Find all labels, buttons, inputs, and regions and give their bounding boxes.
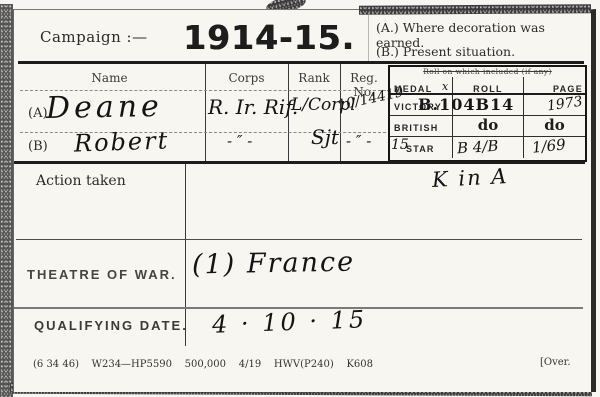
star-prefix-15: 15 [391,137,409,153]
page-cell: do [523,116,585,136]
scan-artifact-top-bar [359,4,591,15]
action-taken-label: Action taken [36,173,126,189]
campaign-title: 1914-15. [174,18,364,57]
medal-name-cell: BRITISH [390,116,452,136]
forename-entry: Robert [74,126,170,157]
roll-column-header: ROLL [473,84,503,94]
form-print-code: (6 34 46) W234—HP5590 500,000 4/19 HWV(P… [33,359,373,370]
star-roll-number: B 4/B [456,137,499,158]
page-cell: 1/69 [523,137,585,158]
theatre-of-war-label: THEATRE OF WAR. [27,267,177,282]
medal-roll-table: Roll on which included (if any) MEDAL x … [388,65,587,162]
medal-roll-header-row: MEDAL x ROLL PAGE [390,77,585,95]
note-present-situation: (B.) Present situation. [376,44,515,59]
page-column-header-cell: PAGE [523,77,585,93]
medal-index-card: Campaign :— 1914-15. (A.) Where decorati… [13,9,596,392]
roll-column-header-cell: ROLL [452,77,523,93]
theatre-of-war-entry: (1) France [192,247,356,281]
rule-action-bottom [16,239,582,240]
medal-column-header-cell: MEDAL x [390,77,452,93]
victory-roll-number: B.104B14 [418,95,514,114]
action-taken-entry: K in A [431,164,509,192]
medal-header-handwritten-mark: x [442,80,448,93]
column-header-corps: Corps [205,71,288,85]
column-divider-name-corps [205,64,206,161]
over-note: [Over. [540,357,571,368]
roll-cell: do [452,116,523,136]
column-header-rank: Rank [288,71,340,85]
campaign-label: Campaign :— [40,28,148,46]
column-header-name: Name [14,71,205,85]
rank-entry-b: Sjt [311,125,339,149]
corps-entry: R. Ir. Rif. [208,95,298,119]
medal-row-star: 15 STAR B 4/B 1/69 [390,137,585,158]
medal-row-british: BRITISH do do [390,116,585,137]
row-a-label: (A) [28,106,48,121]
rule-header-bottom [18,61,584,64]
page-column-header: PAGE [553,84,583,94]
medal-roll-note: Roll on which included (if any) [390,67,585,77]
row-b-label: (B) [28,139,48,154]
british-page-ditto: do [524,116,585,135]
medal-name-british: BRITISH [390,118,438,138]
medal-row-victory: VICTORY B.104B14 1973 [390,95,585,116]
qualifying-date-entry: 4 · 10 · 15 [212,305,368,338]
qualifying-date-label: QUALIFYING DATE. [34,318,188,333]
surname-entry: Deane [46,89,163,126]
scan-film-edge-left [0,4,13,397]
british-roll-ditto: do [453,116,523,135]
header-divider [368,15,369,61]
medal-column-header: MEDAL [390,84,433,94]
roll-cell: B 4/B [452,137,523,158]
star-page-number: 1/69 [531,135,566,156]
corps-ditto-mark: - ″ - [227,132,252,150]
medal-name-cell: 15 STAR [390,137,452,158]
reg-no-ditto-mark: - ″ - [346,132,371,150]
